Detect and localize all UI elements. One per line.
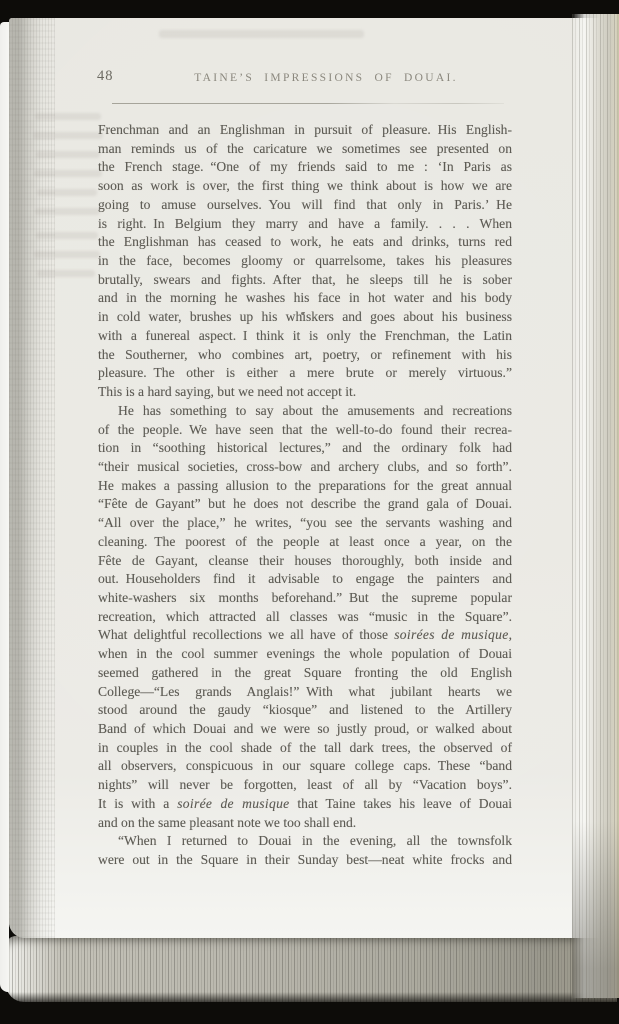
showthrough-mark xyxy=(35,113,101,120)
text-line: when in the cool summer evenings the who… xyxy=(98,645,512,664)
text-line: He makes a passing allusion to the prepa… xyxy=(98,477,512,496)
left-sheet-edge xyxy=(0,22,9,992)
page-number: 48 xyxy=(97,68,114,85)
text-line: is right. In Belgium they marry and have… xyxy=(98,215,512,234)
text-line: were out in the Square in their Sunday b… xyxy=(98,851,512,870)
text-line: “All over the place,” he writes, “you se… xyxy=(98,514,512,533)
text-line: with a funereal aspect. I think it is on… xyxy=(98,327,512,346)
text-line: the Englishman has ceased to work, he ea… xyxy=(98,233,512,252)
text-line: “their musical societies, cross-bow and … xyxy=(98,458,512,477)
showthrough-mark xyxy=(36,232,98,239)
running-title: TAINE’S IMPRESSIONS OF DOUAI. xyxy=(119,72,533,84)
text-line: tion in “soothing historical lectures,” … xyxy=(98,439,512,458)
text-line: pleasure. The other is either a mere bru… xyxy=(98,364,512,383)
header-rule xyxy=(112,103,504,104)
text-line: Fête de Gayant, cleanse their houses tho… xyxy=(98,552,512,571)
text-line: Band of which Douai and we were so justl… xyxy=(98,720,512,739)
text-line: and on the same pleasant note we too sha… xyxy=(98,814,512,833)
text-line: and in the morning he washes his face in… xyxy=(98,289,512,308)
text-line: He has something to say about the amusem… xyxy=(98,402,512,421)
showthrough-mark xyxy=(35,208,100,215)
showthrough-mark xyxy=(159,30,364,38)
showthrough-mark xyxy=(34,170,102,177)
showthrough-mark xyxy=(36,151,100,158)
showthrough-mark xyxy=(34,251,100,258)
ink-speck xyxy=(301,312,304,315)
text-line: soon as work is over, the first thing we… xyxy=(98,177,512,196)
text-line: all observers, conspicuous in our square… xyxy=(98,757,512,776)
text-line: man reminds us of the caricature we some… xyxy=(98,140,512,159)
fore-edge-page-stack xyxy=(572,14,619,998)
text-line: the Southerner, who combines art, poetry… xyxy=(98,346,512,365)
text-line: in couples in the cool shade of the tall… xyxy=(98,739,512,758)
text-line: “Fête de Gayant” but he does not describ… xyxy=(98,495,512,514)
text-line: of the people. We have seen that the wel… xyxy=(98,421,512,440)
text-line: cleaning. The poorest of the people at l… xyxy=(98,533,512,552)
text-line: in cold water, brushes up his whiskers a… xyxy=(98,308,512,327)
showthrough-mark xyxy=(37,189,97,196)
text-line: in the face, becomes gloomy or quarrelso… xyxy=(98,252,512,271)
text-line: It is with a soirée de musique that Tain… xyxy=(98,795,512,814)
showthrough-mark xyxy=(33,132,103,139)
text-line: recreation, which attracted all classes … xyxy=(98,608,512,627)
text-line: nights” will never be forgotten, least o… xyxy=(98,776,512,795)
book-scan-photo: 48 TAINE’S IMPRESSIONS OF DOUAI. Frenchm… xyxy=(0,0,619,1024)
text-line: white-washers six months beforehand.” Bu… xyxy=(98,589,512,608)
text-line: going to amuse ourselves. You will find … xyxy=(98,196,512,215)
text-line: “When I returned to Douai in the evening… xyxy=(98,832,512,851)
text-line: the French stage. “One of my friends sai… xyxy=(98,158,512,177)
showthrough-mark xyxy=(37,270,95,277)
book-page: 48 TAINE’S IMPRESSIONS OF DOUAI. Frenchm… xyxy=(9,18,619,938)
text-line: seemed gathered in the great Square fron… xyxy=(98,664,512,683)
text-line: What delightful recollections we all hav… xyxy=(98,626,512,645)
text-line: stood around the gaudy “kiosque” and lis… xyxy=(98,701,512,720)
text-line: Frenchman and an Englishman in pursuit o… xyxy=(98,121,512,140)
text-line: out. Householders find it advisable to e… xyxy=(98,570,512,589)
text-line: This is a hard saying, but we need not a… xyxy=(98,383,512,402)
text-block: Frenchman and an Englishman in pursuit o… xyxy=(98,121,512,870)
text-line: College—“Les grands Anglais!” With what … xyxy=(98,683,512,702)
text-line: brutally, swears and fights. After that,… xyxy=(98,271,512,290)
page-stack-bottom-edge xyxy=(6,936,617,1002)
